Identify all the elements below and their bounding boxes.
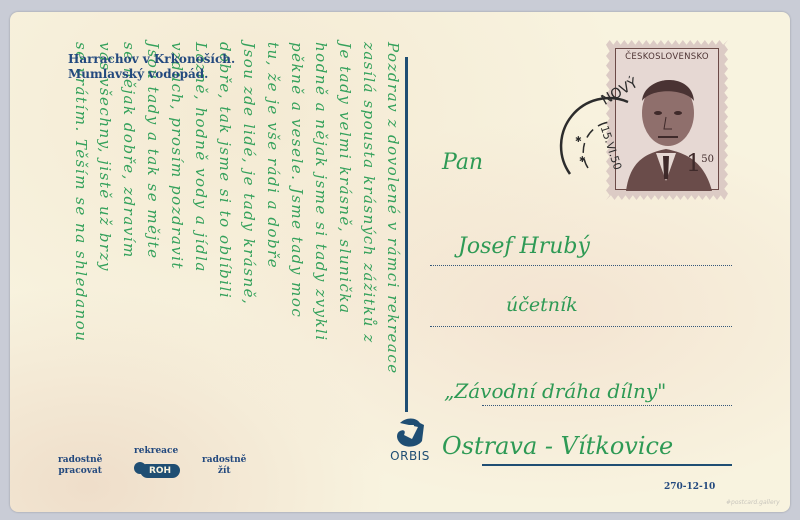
message-line: Jsou zde lidé, je tady krásně,	[238, 42, 262, 512]
slogan-work: radostně pracovat	[58, 455, 102, 477]
orbis-logo-icon	[392, 417, 428, 449]
publisher-name: ORBIS	[380, 449, 440, 463]
message-line: se nějak dobře, zdravím	[118, 42, 142, 512]
message-line: tu, že je vše rádi a dobře	[262, 42, 286, 512]
message-line: pěkně a vesele. Jsme tady moc	[286, 42, 310, 512]
roh-badge: ROH	[140, 464, 180, 478]
watermark: #postcard.gallery	[726, 499, 780, 506]
message-line: vás všechny, jistě už brzy	[94, 42, 118, 512]
address-occupation: účetník	[506, 294, 578, 316]
center-divider	[405, 57, 408, 412]
message-line: dobře, tak jsme si to oblíbili	[214, 42, 238, 512]
message-line: Jsou tady a tak se mějte	[142, 42, 166, 512]
address-name: Josef Hrubý	[458, 234, 590, 259]
catalog-number: 270-12-10	[664, 482, 715, 492]
publisher-logo: ORBIS	[380, 417, 440, 463]
address-line-city	[482, 464, 732, 466]
address-line-2	[430, 326, 732, 327]
postcard-caption: Harrachov v Krkonoších. Mumlavský vodopá…	[68, 52, 235, 82]
message-line: hodně a nějak jsme si tady zvykli	[310, 42, 334, 512]
caption-location: Harrachov v Krkonoších.	[68, 52, 235, 67]
slogan-recreation: rekreace	[134, 446, 178, 457]
caption-subject: Mumlavský vodopád.	[68, 67, 235, 82]
svg-text:✱: ✱	[579, 155, 586, 164]
message-line: vzduch, prosím pozdravit	[166, 42, 190, 512]
address-salutation: Pan	[442, 150, 483, 175]
stamp-value: 150	[686, 149, 714, 177]
address-line-3	[482, 405, 732, 406]
slogan-life: radostně žít	[202, 455, 246, 477]
postcard: Pozdrav z dovolené v rámci rekreacezasíl…	[10, 12, 790, 512]
message-line: Lázně, hodně vody a jídla	[190, 42, 214, 512]
address-company: „Závodní dráha dílny"	[444, 379, 666, 403]
message-line: Je tady velmi krásně, slunička	[334, 42, 358, 512]
address-line-1	[430, 265, 732, 266]
message-line: zasílá spousta krásných zážitků z	[358, 42, 382, 512]
message-line: se vrátím. Těším se na shledanou	[70, 42, 94, 512]
address-city: Ostrava - Vítkovice	[442, 432, 673, 460]
svg-text:✱: ✱	[575, 135, 582, 144]
